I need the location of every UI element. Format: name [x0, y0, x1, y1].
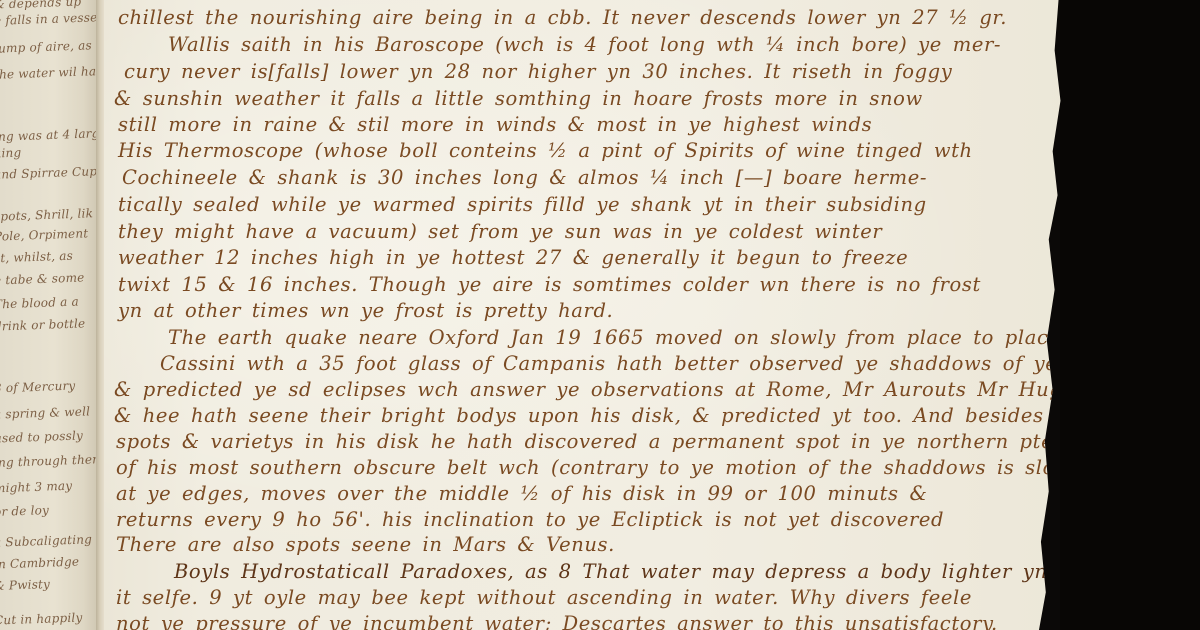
manuscript-line: yn at other times wn ye frost is pretty …: [118, 299, 613, 322]
facing-page-line: 3 of Mercury: [0, 379, 76, 396]
facing-page-line: the water wil ha: [0, 64, 96, 82]
manuscript-line: returns every 9 ho 56'. his inclination …: [116, 508, 944, 531]
manuscript-line: Wallis saith in his Baroscope (wch is 4 …: [168, 33, 1001, 56]
manuscript-line: Cassini wth a 35 foot glass of Campanis …: [160, 352, 1155, 375]
facing-page-line: drink or bottle: [0, 316, 86, 333]
manuscript-line: There are also spots seene in Mars & Ven…: [116, 533, 615, 556]
manuscript-page: chillest the nourishing aire being in a …: [104, 0, 1082, 630]
manuscript-line: not ye pressure of ye incumbent water; D…: [116, 612, 998, 630]
manuscript-line: cury never is[falls] lower yn 28 nor hig…: [124, 60, 952, 83]
facing-page-line: king: [0, 146, 22, 161]
manuscript-line: it selfe. 9 yt oyle may bee kept without…: [116, 586, 972, 609]
manuscript-line: they might have a vacuum) set from ye su…: [118, 220, 882, 243]
manuscript-line: His Thermoscope (whose boll conteins ½ a…: [118, 139, 973, 162]
manuscript-line: twixt 15 & 16 inches. Though ye aire is …: [118, 273, 981, 296]
facing-page-line: ing through them: [0, 452, 98, 470]
facing-page-line: used to possly: [0, 428, 83, 445]
facing-page-line: ing was at 4 large: [0, 126, 98, 144]
facing-page-line: and Spirrae Cup: [0, 164, 97, 182]
manuscript-line: & sunshin weather it falls a little somt…: [114, 87, 923, 110]
facing-page-left: & depends up e falls in a vessel lump of…: [0, 0, 98, 630]
manuscript-line: chillest the nourishing aire being in a …: [118, 6, 1007, 29]
facing-page-line: a spring & well: [0, 404, 90, 421]
manuscript-line: tically sealed while ye warmed spirits f…: [118, 193, 927, 216]
manuscript-line: at ye edges, moves over the middle ½ of …: [116, 482, 927, 505]
manuscript-line: weather 12 inches high in ye hottest 27 …: [118, 246, 908, 269]
manuscript-line: spots & varietys in his disk he hath dis…: [116, 430, 1053, 453]
facing-page-line: or de loy: [0, 503, 49, 519]
facing-page-line: in Cambridge: [0, 555, 79, 572]
facing-page-line: e falls in a vessel: [0, 10, 98, 28]
facing-page-line: might 3 may: [0, 479, 72, 496]
manuscript-line: of his most southern obscure belt wch (c…: [116, 456, 1103, 479]
manuscript-line: & predicted ye sd eclipses wch answer ye…: [114, 378, 1145, 401]
facing-page-line: Pole, Orpiment: [0, 226, 89, 243]
manuscript-line: still more in raine & stil more in winds…: [118, 113, 872, 136]
facing-page-line: lump of aire, as: [0, 38, 92, 55]
facing-page-line: & depends up: [0, 0, 81, 12]
manuscript-line: & hee hath seene their bright bodys upon…: [114, 404, 1137, 427]
facing-page-line: st, whilst, as: [0, 249, 73, 266]
facing-page-line: The blood a a: [0, 295, 79, 312]
manuscript-line: Cochineele & shank is 30 inches long & a…: [122, 166, 927, 189]
facing-page-line: & Pwisty: [0, 577, 50, 593]
facing-page-line: Cut in happily: [0, 610, 83, 627]
facing-page-line: a Subcaligating: [0, 532, 92, 549]
manuscript-line: The earth quake neare Oxford Jan 19 1665…: [168, 326, 1067, 349]
facing-page-line: spots, Shrill, lik: [0, 206, 93, 223]
manuscript-scan: & depends up e falls in a vessel lump of…: [0, 0, 1200, 630]
facing-page-line: e tabe & some: [0, 270, 85, 287]
dark-background: [1060, 0, 1200, 630]
manuscript-line: Boyls Hydrostaticall Paradoxes, as 8 Tha…: [174, 560, 1048, 583]
